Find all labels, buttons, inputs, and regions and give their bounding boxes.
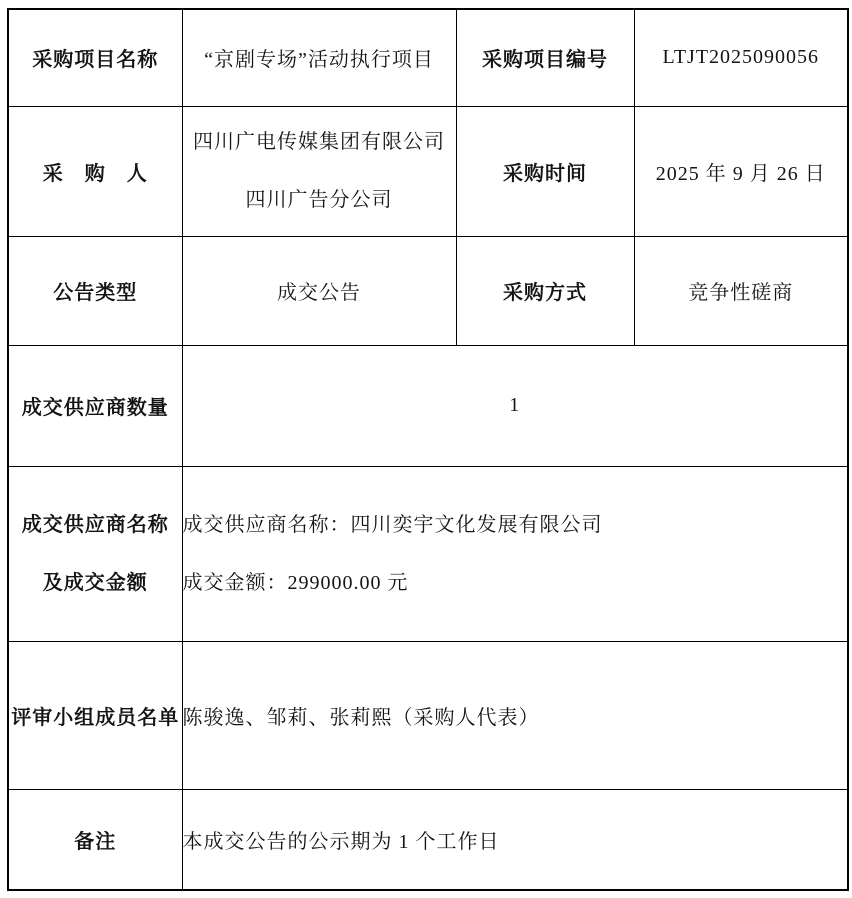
supplier-amount-value: 成交供应商名称：四川奕宇文化发展有限公司 成交金额：299000.00 元 <box>182 466 848 641</box>
supplier-amount-label: 成交供应商名称 及成交金额 <box>8 466 182 641</box>
purchase-method-value: 竞争性磋商 <box>634 236 848 345</box>
procurement-result-table: 采购项目名称 “京剧专场”活动执行项目 采购项目编号 LTJT202509005… <box>7 8 849 891</box>
purchaser-line2: 四川广告分公司 <box>183 171 456 229</box>
purchaser-line1: 四川广电传媒集团有限公司 <box>183 113 456 171</box>
notice-type-value: 成交公告 <box>182 236 456 345</box>
row-purchaser-date: 采 购 人 四川广电传媒集团有限公司 四川广告分公司 采购时间 2025 年 9… <box>8 106 848 236</box>
row-remarks: 备注 本成交公告的公示期为 1 个工作日 <box>8 789 848 890</box>
supplier-count-label: 成交供应商数量 <box>8 345 182 466</box>
supplier-amount-label-line1: 成交供应商名称 <box>9 496 182 554</box>
supplier-amount-label-line2: 及成交金额 <box>9 554 182 612</box>
purchaser-value: 四川广电传媒集团有限公司 四川广告分公司 <box>182 106 456 236</box>
project-name-label: 采购项目名称 <box>8 9 182 106</box>
announcement-page: 采购项目名称 “京剧专场”活动执行项目 采购项目编号 LTJT202509005… <box>0 0 852 898</box>
review-panel-label: 评审小组成员名单 <box>8 641 182 789</box>
purchase-date-label: 采购时间 <box>456 106 634 236</box>
row-review-panel: 评审小组成员名单 陈骏逸、邹莉、张莉熙（采购人代表） <box>8 641 848 789</box>
remarks-label: 备注 <box>8 789 182 890</box>
row-supplier-amount: 成交供应商名称 及成交金额 成交供应商名称：四川奕宇文化发展有限公司 成交金额：… <box>8 466 848 641</box>
row-notice-type-method: 公告类型 成交公告 采购方式 竞争性磋商 <box>8 236 848 345</box>
row-supplier-count: 成交供应商数量 1 <box>8 345 848 466</box>
row-project-name-number: 采购项目名称 “京剧专场”活动执行项目 采购项目编号 LTJT202509005… <box>8 9 848 106</box>
supplier-count-value: 1 <box>182 345 848 466</box>
project-name-value: “京剧专场”活动执行项目 <box>182 9 456 106</box>
purchase-method-label: 采购方式 <box>456 236 634 345</box>
review-panel-value: 陈骏逸、邹莉、张莉熙（采购人代表） <box>182 641 848 789</box>
supplier-name-line: 成交供应商名称：四川奕宇文化发展有限公司 <box>183 496 848 554</box>
purchaser-label: 采 购 人 <box>8 106 182 236</box>
project-number-value: LTJT2025090056 <box>634 9 848 106</box>
award-amount-line: 成交金额：299000.00 元 <box>183 554 848 612</box>
remarks-value: 本成交公告的公示期为 1 个工作日 <box>182 789 848 890</box>
notice-type-label: 公告类型 <box>8 236 182 345</box>
project-number-label: 采购项目编号 <box>456 9 634 106</box>
purchase-date-value: 2025 年 9 月 26 日 <box>634 106 848 236</box>
